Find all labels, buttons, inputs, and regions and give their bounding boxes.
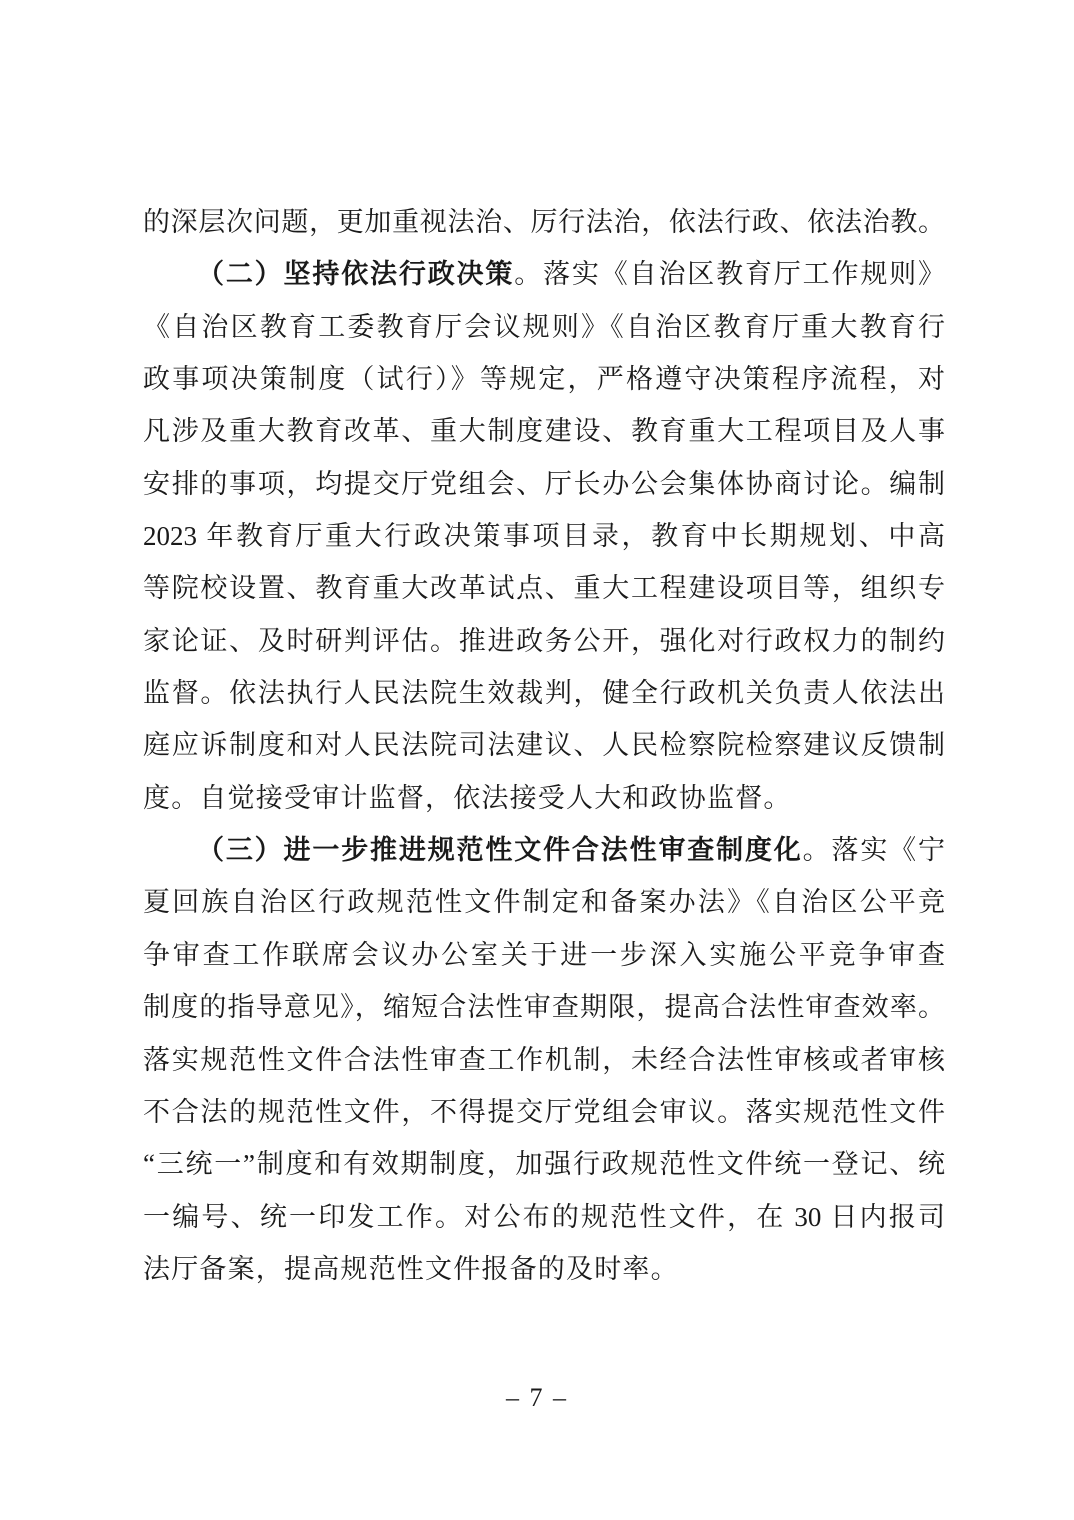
text-segment: 的深层次问题，更加重视法治、厉行法治，依法行政、依法治教。: [143, 207, 945, 237]
heading-segment: （二）坚持依法行政决策: [197, 259, 514, 289]
text-segment: 2023 年教育厅重大行政决策事项目录，教育中长期规划、中高: [143, 521, 945, 551]
text-segment: 落实规范性文件合法性审查工作机制，未经合法性审核或者审核: [143, 1045, 945, 1075]
text-line: 争审查工作联席会议办公室关于进一步深入实施公平竞争审查: [143, 929, 945, 981]
text-segment: 家论证、及时研判评估。推进政务公开，强化对行政权力的制约: [143, 626, 945, 656]
text-line: 监督。依法执行人民法院生效裁判，健全行政机关负责人依法出: [143, 667, 945, 719]
text-line: 《自治区教育工委教育厅会议规则》《自治区教育厅重大教育行: [143, 301, 945, 353]
text-line: 等院校设置、教育重大改革试点、重大工程建设项目等，组织专: [143, 562, 945, 614]
text-line: （二）坚持依法行政决策。落实《自治区教育厅工作规则》: [143, 248, 945, 300]
text-segment: 。落实《自治区教育厅工作规则》: [514, 259, 945, 289]
text-line: 夏回族自治区行政规范性文件制定和备案办法》《自治区公平竞: [143, 876, 945, 928]
page-number: – 7 –: [0, 1381, 1074, 1415]
text-segment: 凡涉及重大教育改革、重大制度建设、教育重大工程项目及人事: [143, 416, 945, 446]
text-segment: 安排的事项，均提交厅党组会、厅长办公会集体协商讨论。编制: [143, 469, 945, 499]
text-segment: 法厅备案，提高规范性文件报备的及时率。: [143, 1254, 679, 1284]
heading-segment: （三）进一步推进规范性文件合法性审查制度化: [197, 835, 803, 865]
text-segment: 。落实《宁: [803, 835, 945, 865]
text-line: 法厅备案，提高规范性文件报备的及时率。: [143, 1243, 945, 1295]
text-line: “三统一”制度和有效期制度，加强行政规范性文件统一登记、统: [143, 1138, 945, 1190]
text-line: 的深层次问题，更加重视法治、厉行法治，依法行政、依法治教。: [143, 196, 945, 248]
text-segment: 庭应诉制度和对人民法院司法建议、人民检察院检察建议反馈制: [143, 730, 945, 760]
document-lines: 的深层次问题，更加重视法治、厉行法治，依法行政、依法治教。（二）坚持依法行政决策…: [143, 196, 945, 1295]
text-segment: 制度的指导意见》，缩短合法性审查期限，提高合法性审查效率。: [143, 992, 945, 1022]
text-line: 安排的事项，均提交厅党组会、厅长办公会集体协商讨论。编制: [143, 458, 945, 510]
text-line: 制度的指导意见》，缩短合法性审查期限，提高合法性审查效率。: [143, 981, 945, 1033]
text-segment: 不合法的规范性文件，不得提交厅党组会审议。落实规范性文件: [143, 1097, 945, 1127]
text-line: （三）进一步推进规范性文件合法性审查制度化。落实《宁: [143, 824, 945, 876]
text-segment: 一编号、统一印发工作。对公布的规范性文件，在 30 日内报司: [143, 1202, 945, 1232]
text-line: 庭应诉制度和对人民法院司法建议、人民检察院检察建议反馈制: [143, 719, 945, 771]
text-segment: 争审查工作联席会议办公室关于进一步深入实施公平竞争审查: [143, 940, 945, 970]
text-segment: 《自治区教育工委教育厅会议规则》《自治区教育厅重大教育行: [143, 312, 945, 342]
text-line: 政事项决策制度（试行）》等规定，严格遵守决策程序流程，对: [143, 353, 945, 405]
text-line: 不合法的规范性文件，不得提交厅党组会审议。落实规范性文件: [143, 1086, 945, 1138]
text-line: 落实规范性文件合法性审查工作机制，未经合法性审核或者审核: [143, 1034, 945, 1086]
text-line: 凡涉及重大教育改革、重大制度建设、教育重大工程项目及人事: [143, 405, 945, 457]
text-line: 度。自觉接受审计监督，依法接受人大和政协监督。: [143, 772, 945, 824]
text-segment: “三统一”制度和有效期制度，加强行政规范性文件统一登记、统: [143, 1149, 945, 1179]
text-segment: 夏回族自治区行政规范性文件制定和备案办法》《自治区公平竞: [143, 887, 945, 917]
text-line: 2023 年教育厅重大行政决策事项目录，教育中长期规划、中高: [143, 510, 945, 562]
text-segment: 度。自觉接受审计监督，依法接受人大和政协监督。: [143, 783, 792, 813]
text-segment: 政事项决策制度（试行）》等规定，严格遵守决策程序流程，对: [143, 364, 945, 394]
text-segment: 监督。依法执行人民法院生效裁判，健全行政机关负责人依法出: [143, 678, 945, 708]
document-page: 的深层次问题，更加重视法治、厉行法治，依法行政、依法治教。（二）坚持依法行政决策…: [0, 0, 1074, 1520]
text-line: 家论证、及时研判评估。推进政务公开，强化对行政权力的制约: [143, 615, 945, 667]
text-segment: 等院校设置、教育重大改革试点、重大工程建设项目等，组织专: [143, 573, 945, 603]
text-line: 一编号、统一印发工作。对公布的规范性文件，在 30 日内报司: [143, 1191, 945, 1243]
